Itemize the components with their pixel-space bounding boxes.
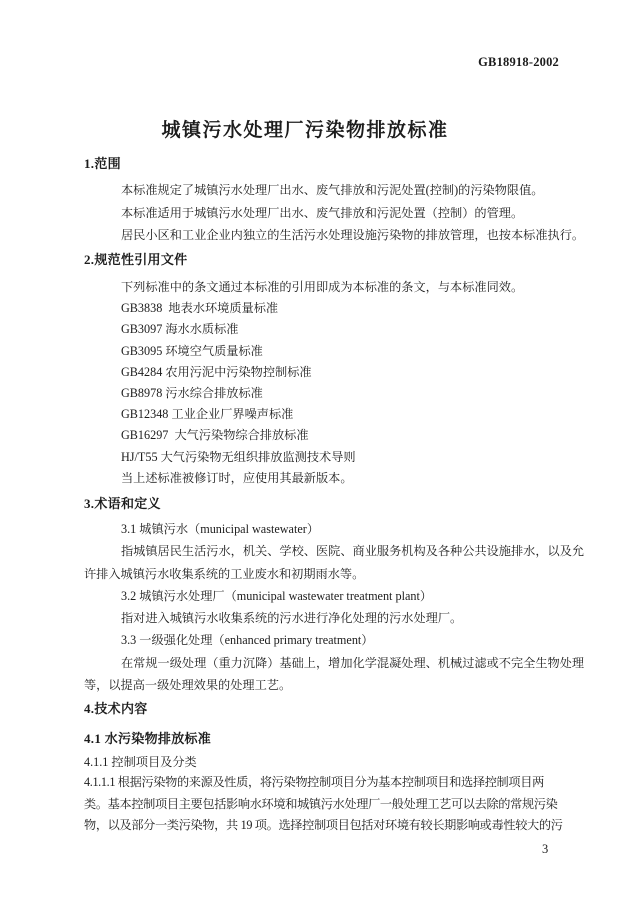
paragraph-line: 4.1.1.1 根据污染物的来源及性质，将污染物控制项目分为基本控制项目和选择控… bbox=[84, 772, 558, 794]
definition-line: 在常规一级处理（重力沉降）基础上，增加化学混凝处理、机械过滤或不完全生物处理 bbox=[84, 652, 558, 674]
clause-heading-4-1-1: 4.1.1 控制项目及分类 bbox=[84, 755, 558, 769]
document-page: GB18918-2002 城镇污水处理厂污染物排放标准 1.范围 本标准规定了城… bbox=[0, 0, 641, 907]
term-line: 3.3 一级强化处理（enhanced primary treatment） bbox=[84, 629, 558, 651]
definition-line: 等，以提高一级处理效果的处理工艺。 bbox=[84, 674, 558, 696]
definition-line: 指对进入城镇污水收集系统的污水进行净化处理的污水处理厂。 bbox=[84, 607, 558, 629]
reference-item: GB16297 大气污染物综合排放标准 bbox=[84, 425, 558, 446]
definition-line: 许排入城镇污水收集系统的工业废水和初期雨水等。 bbox=[84, 563, 558, 585]
paragraph-line: 类。基本控制项目主要包括影响水环境和城镇污水处理厂一般处理工艺可以去除的常规污染 bbox=[84, 794, 558, 816]
reference-item: GB3838 地表水环境质量标准 bbox=[84, 298, 558, 319]
page-number: 3 bbox=[542, 842, 548, 857]
section-heading-3: 3.术语和定义 bbox=[84, 497, 558, 511]
paragraph-line: 下列标准中的条文通过本标准的引用即成为本标准的条文，与本标准同效。 bbox=[84, 277, 558, 298]
section-4-body: 4.1.1.1 根据污染物的来源及性质，将污染物控制项目分为基本控制项目和选择控… bbox=[84, 772, 558, 837]
reference-item: GB3097 海水水质标准 bbox=[84, 319, 558, 340]
paragraph-line: 物，以及部分一类污染物，共 19 项。选择控制项目包括对环境有较长期影响或毒性较… bbox=[84, 815, 558, 837]
reference-item: GB12348 工业企业厂界噪声标准 bbox=[84, 404, 558, 425]
reference-item: GB3095 环境空气质量标准 bbox=[84, 341, 558, 362]
paragraph-line: 本标准规定了城镇污水处理厂出水、废气排放和污泥处置(控制)的污染物限值。 bbox=[84, 179, 558, 202]
reference-item: GB4284 农用污泥中污染物控制标准 bbox=[84, 362, 558, 383]
paragraph-line: 本标准适用于城镇污水处理厂出水、废气排放和污泥处置（控制）的管理。 bbox=[84, 202, 558, 225]
term-line: 3.1 城镇污水（municipal wastewater） bbox=[84, 518, 558, 540]
term-line: 3.2 城镇污水处理厂（municipal wastewater treatme… bbox=[84, 585, 558, 607]
definition-line: 指城镇居民生活污水，机关、学校、医院、商业服务机构及各种公共设施排水，以及允 bbox=[84, 540, 558, 562]
section-2-body: 下列标准中的条文通过本标准的引用即成为本标准的条文，与本标准同效。 GB3838… bbox=[84, 277, 558, 489]
paragraph-line: 居民小区和工业企业内独立的生活污水处理设施污染物的排放管理，也按本标准执行。 bbox=[84, 224, 558, 247]
note-line: 当上述标准被修订时，应使用其最新版本。 bbox=[84, 468, 558, 489]
reference-item: GB8978 污水综合排放标准 bbox=[84, 383, 558, 404]
section-heading-4: 4.技术内容 bbox=[84, 702, 558, 716]
section-3-body: 3.1 城镇污水（municipal wastewater） 指城镇居民生活污水… bbox=[84, 518, 558, 696]
section-heading-4-1: 4.1 水污染物排放标准 bbox=[84, 732, 558, 746]
standard-code: GB18918-2002 bbox=[478, 55, 559, 70]
section-heading-1: 1.范围 bbox=[84, 157, 558, 171]
section-heading-2: 2.规范性引用文件 bbox=[84, 253, 558, 267]
reference-item: HJ/T55 大气污染物无组织排放监测技术导则 bbox=[84, 447, 558, 468]
section-1-body: 本标准规定了城镇污水处理厂出水、废气排放和污泥处置(控制)的污染物限值。 本标准… bbox=[84, 179, 558, 247]
document-title: 城镇污水处理厂污染物排放标准 bbox=[0, 115, 610, 142]
